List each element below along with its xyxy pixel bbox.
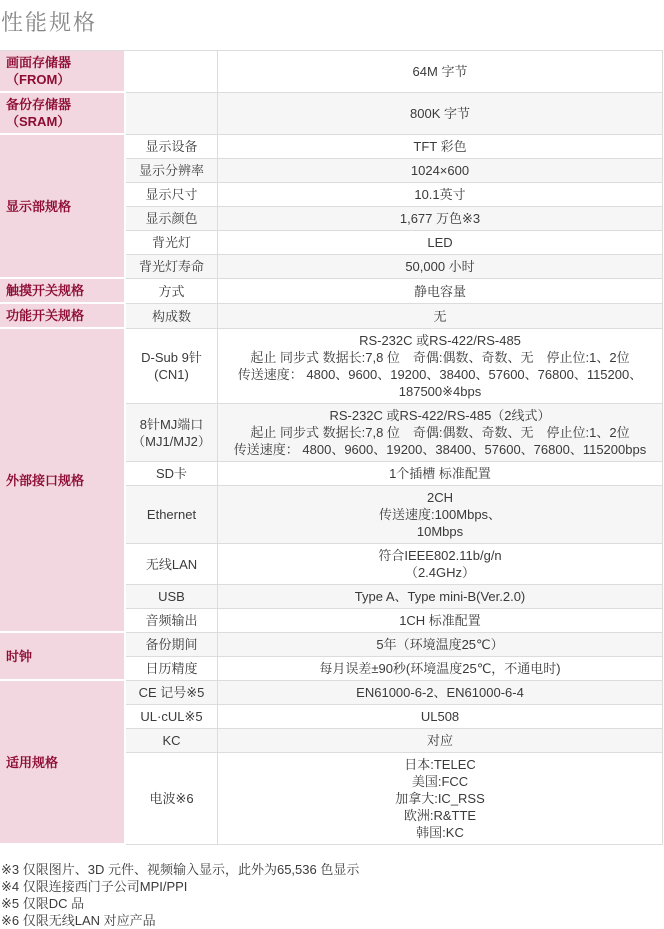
value-cell: 日本:TELEC 美国:FCC 加拿大:IC_RSS 欧洲:R&TTE 韩国:K… — [218, 753, 663, 845]
sub-label-cell: USB — [126, 585, 218, 609]
value-cell: UL508 — [218, 705, 663, 729]
value-cell: 5年（环境温度25℃） — [218, 633, 663, 657]
value-cell: EN61000-6-2、EN61000-6-4 — [218, 681, 663, 705]
value-cell: 64M 字节 — [218, 51, 663, 93]
value-cell: LED — [218, 231, 663, 255]
value-cell: 无 — [218, 304, 663, 329]
spec-table: 画面存储器 （FROM）64M 字节备份存储器 （SRAM）800K 字节显示部… — [0, 50, 663, 845]
footnote: ※6 仅限无线LAN 对应产品 — [1, 912, 664, 929]
sub-label-cell: KC — [126, 729, 218, 753]
category-cell: 外部接口规格 — [0, 329, 126, 633]
value-cell: TFT 彩色 — [218, 135, 663, 159]
footnote: ※3 仅限图片、3D 元件、视频输入显示，此外为65,536 色显示 — [1, 861, 664, 878]
sub-label-cell: SD卡 — [126, 462, 218, 486]
page-title: 性能规格 — [1, 6, 664, 37]
value-cell: 1个插槽 标准配置 — [218, 462, 663, 486]
category-cell: 时钟 — [0, 633, 126, 681]
value-cell: 1CH 标准配置 — [218, 609, 663, 633]
value-cell: 1024×600 — [218, 159, 663, 183]
sub-label-cell — [126, 51, 218, 93]
value-cell: 每月误差±90秒(环境温度25℃，不通电时) — [218, 657, 663, 681]
sub-label-cell: 日历精度 — [126, 657, 218, 681]
value-cell: 2CH 传送速度:100Mbps、 10Mbps — [218, 486, 663, 544]
table-row: 显示部规格显示设备TFT 彩色 — [0, 135, 663, 159]
sub-label-cell: 方式 — [126, 279, 218, 304]
value-cell: 静电容量 — [218, 279, 663, 304]
category-cell: 适用规格 — [0, 681, 126, 845]
spec-page: 性能规格 画面存储器 （FROM）64M 字节备份存储器 （SRAM）800K … — [0, 6, 664, 929]
category-cell: 显示部规格 — [0, 135, 126, 279]
value-cell: 对应 — [218, 729, 663, 753]
table-row: 触摸开关规格方式静电容量 — [0, 279, 663, 304]
table-row: 功能开关规格构成数无 — [0, 304, 663, 329]
footnote: ※5 仅限DC 品 — [1, 895, 664, 912]
sub-label-cell: 背光灯寿命 — [126, 255, 218, 279]
table-row: 外部接口规格D-Sub 9针 (CN1)RS-232C 或RS-422/RS-4… — [0, 329, 663, 404]
footnotes: ※3 仅限图片、3D 元件、视频输入显示，此外为65,536 色显示※4 仅限连… — [0, 861, 664, 929]
footnote: ※4 仅限连接西门子公司MPI/PPI — [1, 878, 664, 895]
sub-label-cell: Ethernet — [126, 486, 218, 544]
sub-label-cell: UL·cUL※5 — [126, 705, 218, 729]
category-cell: 备份存储器 （SRAM） — [0, 93, 126, 135]
table-row: 适用规格CE 记号※5EN61000-6-2、EN61000-6-4 — [0, 681, 663, 705]
table-row: 备份存储器 （SRAM）800K 字节 — [0, 93, 663, 135]
sub-label-cell: 音频输出 — [126, 609, 218, 633]
spec-table-body: 画面存储器 （FROM）64M 字节备份存储器 （SRAM）800K 字节显示部… — [0, 51, 663, 845]
value-cell: RS-232C 或RS-422/RS-485（2线式） 起止 同步式 数据长:7… — [218, 404, 663, 462]
sub-label-cell: 显示尺寸 — [126, 183, 218, 207]
sub-label-cell: 显示设备 — [126, 135, 218, 159]
value-cell: Type A、Type mini-B(Ver.2.0) — [218, 585, 663, 609]
sub-label-cell: 8针MJ端口 （MJ1/MJ2） — [126, 404, 218, 462]
sub-label-cell: 构成数 — [126, 304, 218, 329]
sub-label-cell — [126, 93, 218, 135]
value-cell: 800K 字节 — [218, 93, 663, 135]
value-cell: RS-232C 或RS-422/RS-485 起止 同步式 数据长:7,8 位 … — [218, 329, 663, 404]
value-cell: 符合IEEE802.11b/g/n （2.4GHz） — [218, 544, 663, 585]
value-cell: 50,000 小时 — [218, 255, 663, 279]
category-cell: 触摸开关规格 — [0, 279, 126, 304]
sub-label-cell: 背光灯 — [126, 231, 218, 255]
sub-label-cell: 备份期间 — [126, 633, 218, 657]
table-row: 时钟备份期间5年（环境温度25℃） — [0, 633, 663, 657]
sub-label-cell: 电波※6 — [126, 753, 218, 845]
sub-label-cell: 显示颜色 — [126, 207, 218, 231]
sub-label-cell: 显示分辨率 — [126, 159, 218, 183]
category-cell: 功能开关规格 — [0, 304, 126, 329]
sub-label-cell: CE 记号※5 — [126, 681, 218, 705]
value-cell: 1,677 万色※3 — [218, 207, 663, 231]
category-cell: 画面存储器 （FROM） — [0, 51, 126, 93]
value-cell: 10.1英寸 — [218, 183, 663, 207]
table-row: 画面存储器 （FROM）64M 字节 — [0, 51, 663, 93]
sub-label-cell: D-Sub 9针 (CN1) — [126, 329, 218, 404]
sub-label-cell: 无线LAN — [126, 544, 218, 585]
